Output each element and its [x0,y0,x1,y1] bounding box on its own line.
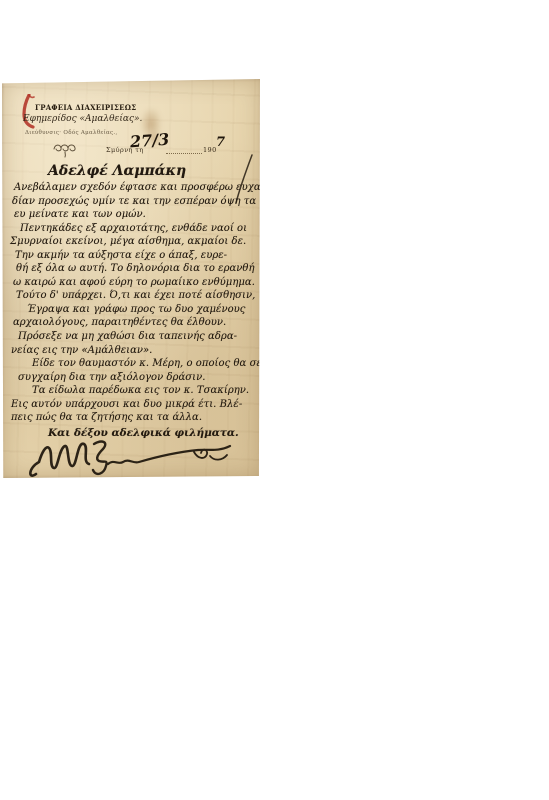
red-bracket-mark-icon [20,94,36,130]
letter-paper: ΓΡΑΦΕΙΑ ΔΙΑΧΕΙΡΙΣΕΩΣ Εφημερίδος «Αμαλθεί… [2,79,261,478]
handwritten-line: Πεντηκάδες εξ αρχαιοτάτης, ενθάδε ναοί ο… [6,222,258,236]
handwritten-line: Έγραψα και γράφω προς τω δυο χαμένους [6,303,258,317]
letterhead-subtitle: Εφημερίδος «Αμαλθείας». [23,114,142,124]
handwritten-line: συγχαίρη δια την αξιόλογον δράσιν. [6,371,258,385]
scan-background: ΓΡΑΦΕΙΑ ΔΙΑΧΕΙΡΙΣΕΩΣ Εφημερίδος «Αμαλθεί… [0,0,549,800]
letterhead-address: Διεύθυνσις· Οδός Αμαλθείας., [25,130,118,136]
handwritten-line: Τούτο δ' υπάρχει. Ό,τι και έχει ποτέ αίσ… [6,289,258,303]
handwritten-line: δίαν προσεχώς υμίν τε και την εσπέραν όψ… [6,195,258,209]
handwritten-line: Ανεβάλαμεν σχεδόν έφτασε και προσφέρω ευ… [6,181,258,195]
handwritten-line: ευ μείνατε και των ομών. [6,208,258,222]
flourish-ornament-icon [52,141,80,159]
letterhead-title: ΓΡΑΦΕΙΑ ΔΙΑΧΕΙΡΙΣΕΩΣ [35,103,136,113]
handwritten-line: Τα είδωλα παρέδωκα εις τον κ. Τσακίρην. [6,384,258,398]
handwritten-line: Σμυρναίοι εκείνοι, μέγα αίσθημα, ακμαίοι… [6,235,258,249]
handwritten-line: Εις αυτόν υπάρχουσι και δυο μικρά έτι. Β… [6,398,258,412]
dotted-leader [166,153,202,154]
salutation: Αδελφέ Λαμπάκη [48,163,186,179]
handwritten-line: νείας εις την «Αμάλθειαν». [6,344,258,358]
handwritten-line: αρχαιολόγους, παραιτηθέντες θα έλθουν. [6,316,258,330]
dateline-year-prefix: 190 [203,146,217,154]
handwritten-line: Την ακμήν τα αύξηστα είχε ο άπαξ, ευρε- [6,249,258,263]
signature-flourish [26,436,238,482]
dateline-day-month: 27/3 [129,130,169,152]
handwritten-line: Είδε τον θαυμαστόν κ. Μέρη, ο οποίος θα … [6,357,258,371]
handwritten-line: πεις πώς θα τα ζητήσης και τα άλλα. [6,411,258,425]
handwritten-line: ω καιρώ και αφού εύρη το ρωμαίικο ενθύμη… [6,276,258,290]
dateline-year-digit: 7 [216,135,225,150]
handwritten-line: θή εξ όλα ω αυτή. Το δηλονόρια δια το ερ… [6,262,258,276]
handwritten-line: Πρόσεξε να μη χαθώσι δια ταπεινής αδρα- [6,330,258,344]
letter-body: Ανεβάλαμεν σχεδόν έφτασε και προσφέρω ευ… [6,181,258,425]
